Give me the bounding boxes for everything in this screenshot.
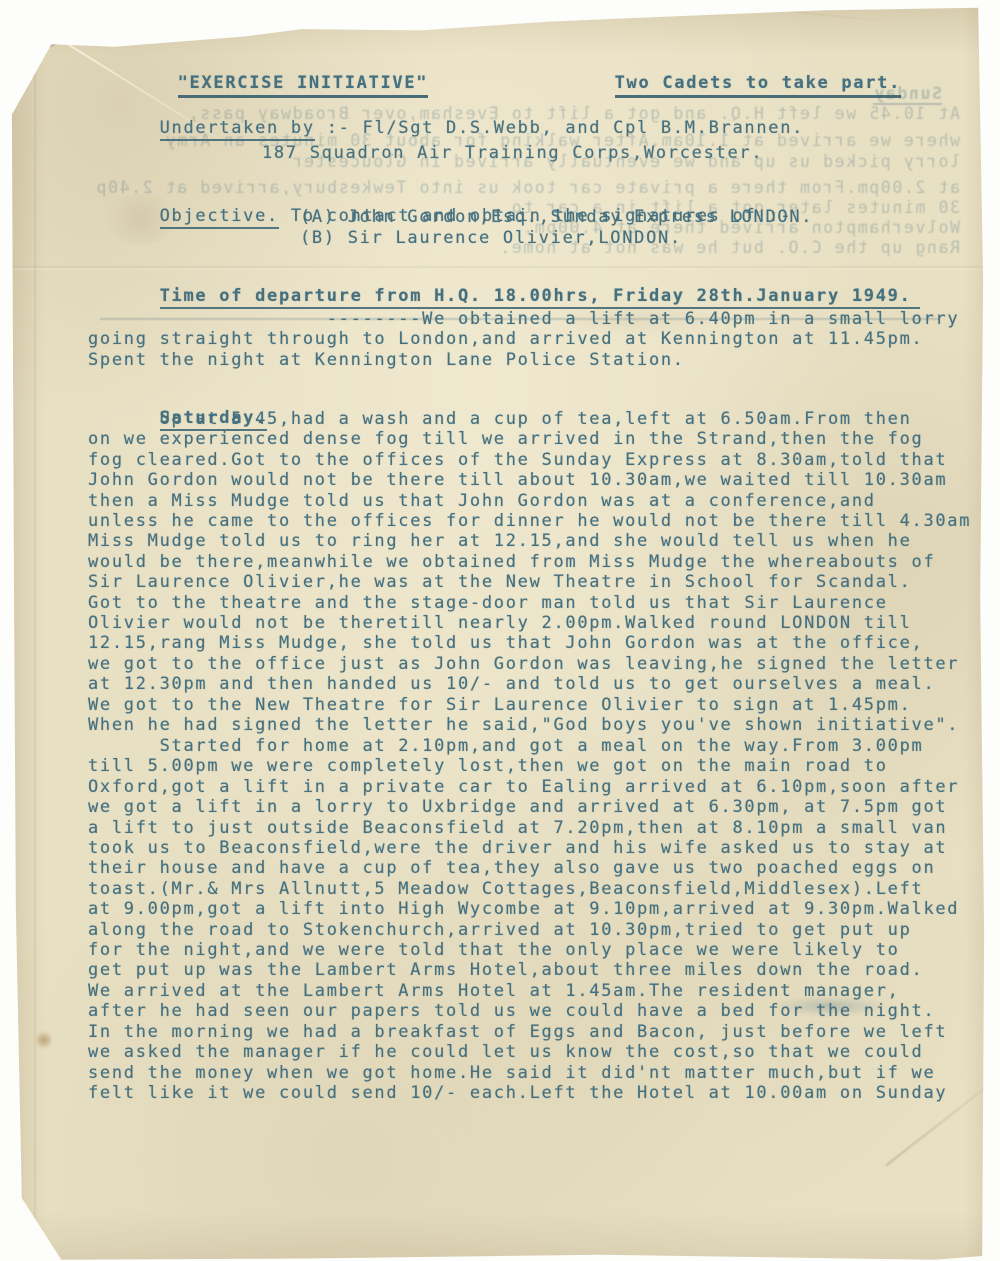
scanned-document-page: Sunday At 10.45 we left H.Q. and got a l… [0,0,1000,1261]
undertaken-names: :- Fl/Sgt D.S.Webb, and Cpl B.M.Brannen. [315,118,804,138]
undertaken-label: Undertaken by [160,118,315,141]
objective-label: Objective. [160,206,279,229]
saturday-paragraph-1: Up at 5.45,had a wash and a cup of tea,l… [88,409,993,736]
subtitle-text: Two Cadets to take part. [615,73,901,98]
signature-target-b: (B) Sir Laurence Olivier,LONDON. [300,228,682,248]
saturday-paragraph-2: Started for home at 2.10pm,and got a mea… [88,736,993,1103]
document-content: "EXERCISE INITIATIVE" Two Cadets to take… [0,0,1000,1261]
departure-text: Time of departure from H.Q. 18.00hrs, Fr… [160,286,920,309]
squadron-line: 187 Squadron Air Training Corps,Worceste… [262,143,763,163]
signature-target-a: (A) John Gordon,Esq.,Sunday Express LOND… [300,207,813,227]
intro-paragraph: --------We obtained a lift at 6.40pm in … [88,309,993,370]
title-text: "EXERCISE INITIATIVE" [178,73,429,98]
